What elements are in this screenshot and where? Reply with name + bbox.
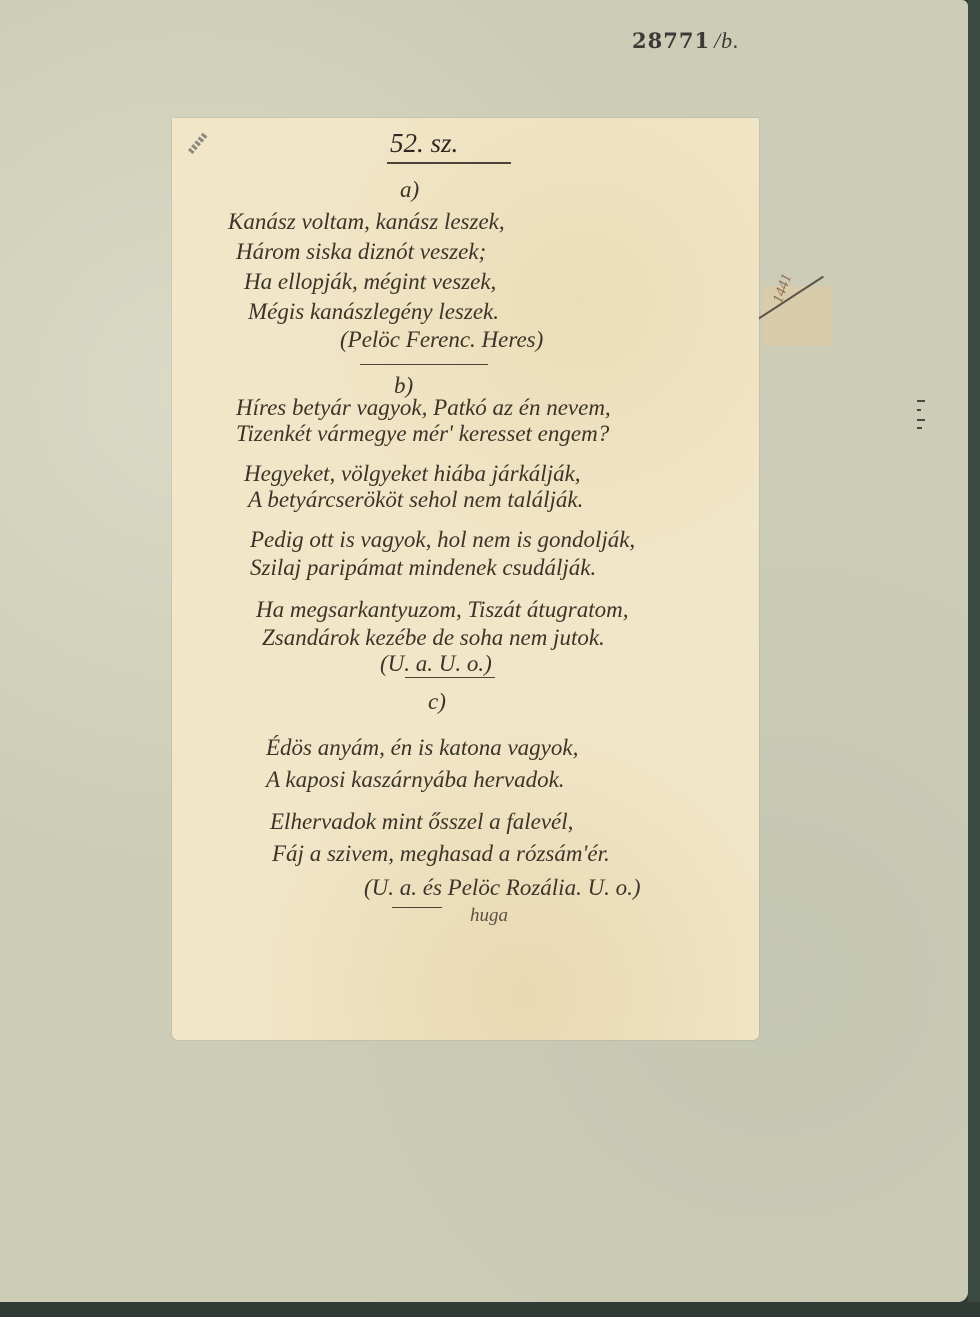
page-heading: 52. sz.: [390, 130, 458, 157]
heading-underline: [387, 162, 511, 164]
source-underline: [392, 907, 442, 908]
verse-line: Fáj a szivem, meghasad a rózsám'ér.: [272, 842, 610, 865]
edge-tick-mark: [917, 427, 922, 429]
verse-line: Kanász voltam, kanász leszek,: [228, 210, 505, 233]
scan-edge-right: [968, 0, 980, 1317]
catalog-number: 28771/b.: [632, 28, 740, 54]
verse-line: Elhervadok mint ősszel a falevél,: [270, 810, 573, 833]
verse-line: Ha ellopják, mégint veszek,: [244, 270, 496, 293]
verse-line: Pedig ott is vagyok, hol nem is gondoljá…: [250, 528, 635, 551]
verse-line: Zsandárok kezébe de soha nem jutok.: [262, 626, 605, 649]
source-attribution: (U. a. és Pelöc Rozália. U. o.): [364, 876, 641, 899]
verse-line: Három siska diznót veszek;: [236, 240, 486, 263]
verse-line: Szilaj paripámat mindenek csudálják.: [250, 556, 596, 579]
edge-tick-mark: [917, 419, 925, 421]
verse-line: A kaposi kaszárnyába hervadok.: [266, 768, 565, 791]
source-underline: [405, 677, 495, 678]
verse-line: Híres betyár vagyok, Patkó az én nevem,: [236, 396, 611, 419]
verse-line: Ha megsarkantyuzom, Tiszát átugratom,: [256, 598, 629, 621]
section-label-c: c): [428, 690, 446, 713]
section-label-a: a): [400, 178, 419, 201]
verse-line: Édös anyám, én is katona vagyok,: [266, 736, 578, 759]
source-attribution: (Pelöc Ferenc. Heres): [340, 328, 543, 351]
edge-tick-mark: [917, 400, 925, 402]
verse-line: Hegyeket, völgyeket hiába járkálják,: [244, 462, 581, 485]
section-divider: [360, 364, 488, 365]
verse-line: Tizenkét vármegye mér' keresset engem?: [236, 422, 609, 445]
scan-edge-bottom: [0, 1302, 980, 1317]
section-label-b: b): [394, 374, 413, 397]
catalog-suffix: /b.: [714, 28, 740, 53]
verse-line: Mégis kanászlegény leszek.: [248, 300, 499, 323]
source-attribution: (U. a. U. o.): [380, 652, 492, 675]
verse-line: A betyárcserököt sehol nem találják.: [248, 488, 583, 511]
source-note: huga: [470, 906, 508, 925]
edge-tick-mark: [917, 409, 921, 411]
